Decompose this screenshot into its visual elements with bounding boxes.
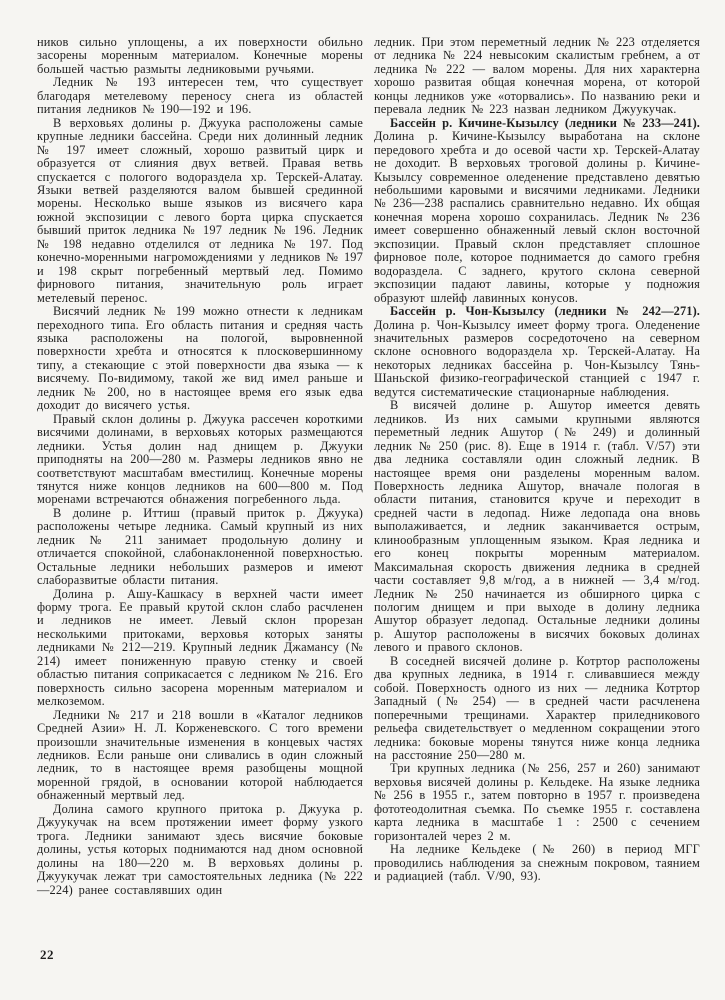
paragraph: Долина р. Ашу-Кашкасу в верхней части им… <box>37 588 363 709</box>
paragraph: На леднике Кельдеке (№ 260) в период МГГ… <box>374 843 700 883</box>
page-number: 22 <box>40 947 54 963</box>
text-columns: ников сильно уплощены, а их поверхности … <box>37 36 700 897</box>
paragraph: В долине р. Иттиш (правый приток р. Джуу… <box>37 507 363 588</box>
paragraph: Три крупных ледника (№ 256, 257 и 260) з… <box>374 762 700 843</box>
paragraph: Ледники № 217 и 218 вошли в «Каталог лед… <box>37 709 363 803</box>
scanned-book-page: ников сильно уплощены, а их поверхности … <box>0 0 725 1000</box>
section-heading: Бассейн р. Кичине-Кызылсу (ледники № 233… <box>390 116 700 130</box>
paragraph: Бассейн р. Чон-Кызылсу (ледники № 242—27… <box>374 305 700 399</box>
paragraph: Ледник № 193 интересен тем, что существу… <box>37 76 363 116</box>
column-left: ников сильно уплощены, а их поверхности … <box>37 36 363 897</box>
column-right: ледник. При этом переметный ледник № 223… <box>374 36 700 897</box>
paragraph: Бассейн р. Кичине-Кызылсу (ледники № 233… <box>374 117 700 305</box>
section-heading: Бассейн р. Чон-Кызылсу (ледники № 242—27… <box>390 304 700 318</box>
paragraph: В висячей долине р. Ашутор имеется девят… <box>374 399 700 655</box>
paragraph: В соседней висячей долине р. Котртор рас… <box>374 655 700 763</box>
paragraph: В верховьях долины р. Джуука расположены… <box>37 117 363 305</box>
paragraph: Долина самого крупного притока р. Джуука… <box>37 803 363 897</box>
paragraph: ников сильно уплощены, а их поверхности … <box>37 36 363 76</box>
paragraph: Правый склон долины р. Джуука рассечен к… <box>37 413 363 507</box>
paragraph: Висячий ледник № 199 можно отнести к лед… <box>37 305 363 413</box>
paragraph: ледник. При этом переметный ледник № 223… <box>374 36 700 117</box>
